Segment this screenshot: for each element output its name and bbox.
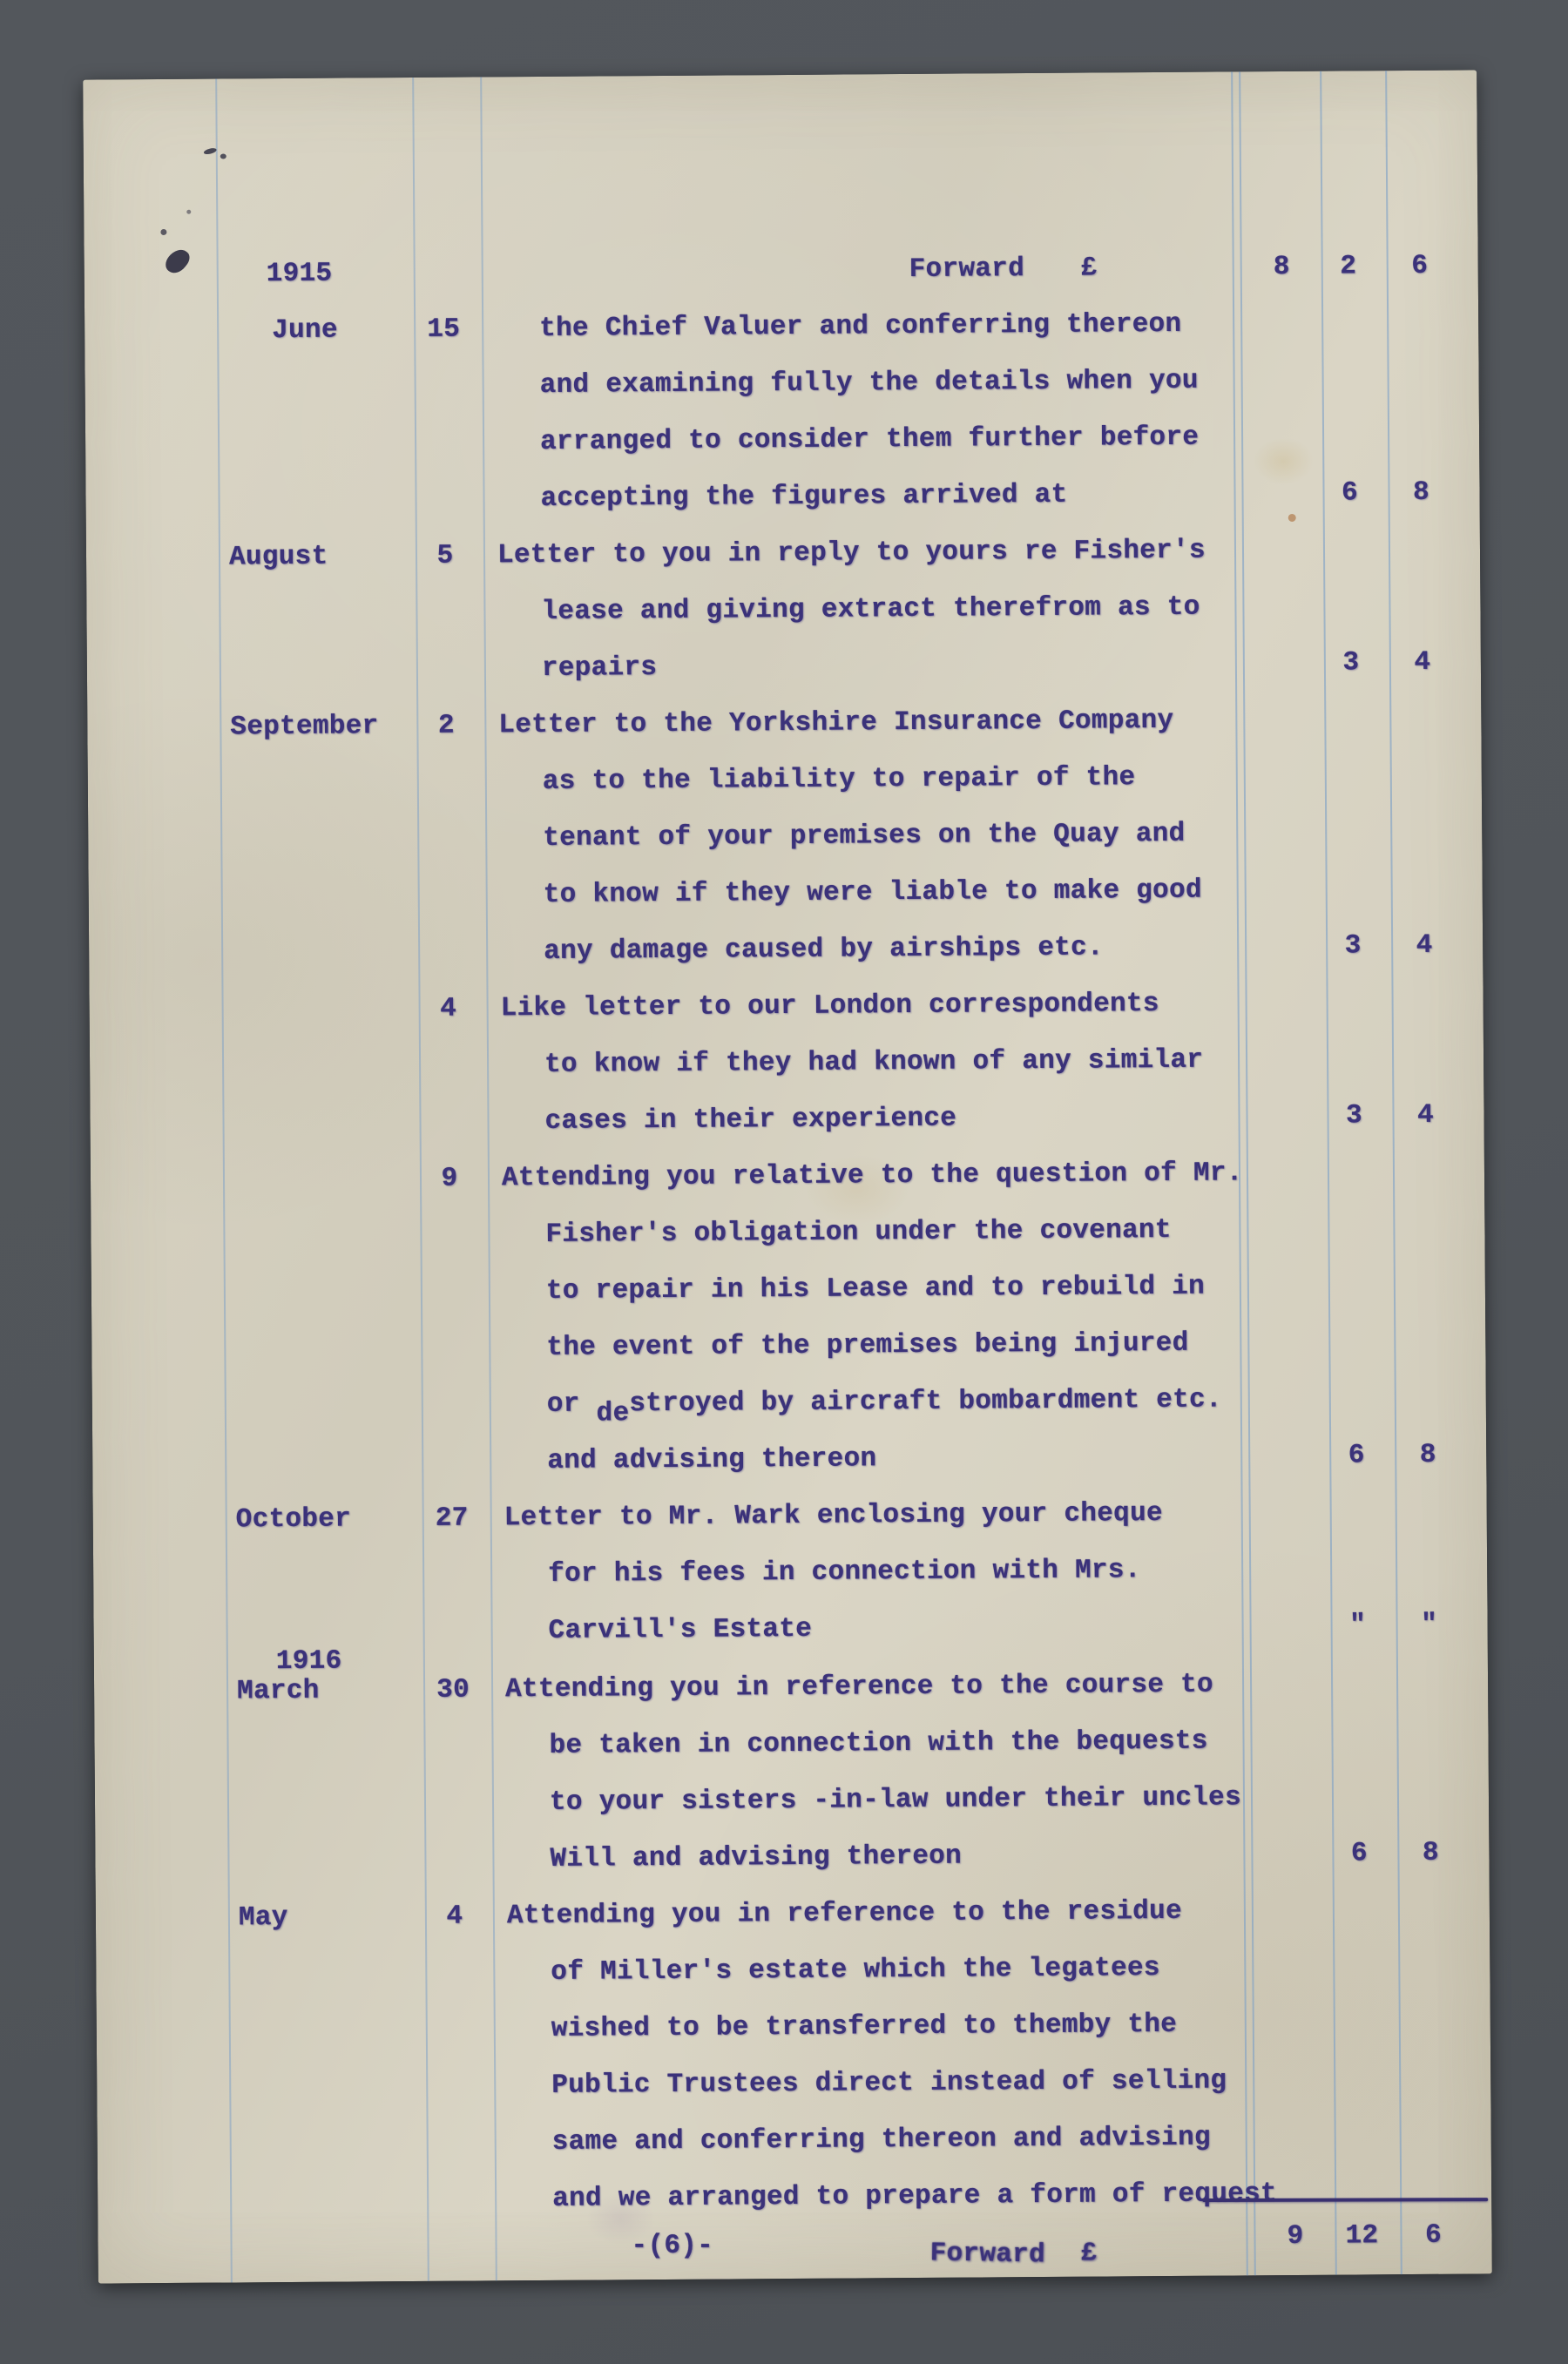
- entry-text: cases in their experience: [544, 1098, 956, 1143]
- amount-shillings: 3: [1328, 1095, 1379, 1137]
- day-label: 4: [415, 988, 481, 1030]
- entry-text: arranged to consider them further before: [540, 417, 1199, 463]
- entry-text: any damage caused by airships etc.: [544, 927, 1104, 972]
- entry-text: to know if they were liable to make good: [544, 870, 1202, 916]
- entry-text: Like letter to our London correspondents: [500, 983, 1159, 1030]
- entry-text: to know if they had known of any similar: [544, 1040, 1203, 1086]
- entry-text: Attending you relative to the question o…: [502, 1152, 1243, 1199]
- pound-sign: £: [1081, 247, 1098, 289]
- ledger-row: cases in their experience34: [90, 1094, 1484, 1145]
- entry-text: Attending you in reference to the residu…: [507, 1891, 1182, 1937]
- ledger-row: August5Letter to you in reply to yours r…: [86, 528, 1480, 579]
- ledger-row: repairs34: [87, 641, 1481, 692]
- entry-text: repairs: [542, 647, 658, 690]
- entry-text: to your sisters -in-law under their uncl…: [550, 1777, 1241, 1824]
- entry-text: Letter to Mr. Wark enclosing your cheque: [504, 1493, 1163, 1539]
- ledger-row: and examining fully the details when you: [84, 358, 1478, 409]
- ledger-row: any damage caused by airships etc.34: [89, 924, 1483, 976]
- forward-bottom-row: Forward £: [98, 2230, 1492, 2281]
- ledger-row: of Miller's estate which the legatees: [96, 1945, 1490, 1996]
- ink-speck: [186, 210, 191, 214]
- entry-text: lease and giving extract therefrom as to: [541, 587, 1200, 633]
- entry-text-segment: or: [547, 1389, 597, 1420]
- entry-text: or destroyed by aircraft bombardment etc…: [547, 1380, 1222, 1426]
- amount-pence: 6: [1389, 246, 1451, 288]
- ledger-row: to know if they were liable to make good: [89, 868, 1483, 919]
- ledger-row: and advising thereon68: [92, 1434, 1486, 1485]
- entry-text: same and conferring thereon and advising: [552, 2117, 1211, 2164]
- entry-text: Fisher's obligation under the covenant: [545, 1210, 1172, 1256]
- year-label: 1915: [267, 253, 333, 296]
- entry-text-dropped-letters: de: [596, 1398, 629, 1429]
- month-label: August: [229, 537, 328, 579]
- forward-top-row: 1915 Forward £ 8 2 6: [84, 245, 1478, 296]
- entry-text: the Chief Valuer and conferring thereon: [539, 304, 1182, 350]
- day-label: 27: [419, 1497, 485, 1540]
- entry-text: and we arranged to prepare a form of req…: [552, 2173, 1277, 2220]
- entry-text: and examining fully the details when you: [539, 361, 1198, 407]
- ink-rule-line: [1202, 2198, 1488, 2202]
- ledger-row: to know if they had known of any similar: [90, 1037, 1484, 1089]
- entry-text: Will and advising thereon: [550, 1836, 962, 1881]
- amount-pounds: 8: [1245, 247, 1319, 289]
- amount-pence: 8: [1396, 1435, 1459, 1477]
- day-label: 9: [416, 1158, 483, 1200]
- entry-text: be taken in connection with the bequests: [549, 1721, 1207, 1767]
- day-label: 5: [412, 535, 478, 577]
- rust-stain: [1288, 514, 1296, 522]
- amount-shillings: 2: [1323, 246, 1374, 287]
- entry-text: and advising thereon: [547, 1438, 876, 1483]
- amount-pence: 4: [1393, 925, 1456, 968]
- ledger-row: lease and giving extract therefrom as to: [86, 584, 1480, 636]
- ledger-row: June15the Chief Valuer and conferring th…: [84, 301, 1478, 353]
- amount-shillings: 3: [1326, 642, 1376, 684]
- entry-text: tenant of your premises on the Quay and: [543, 814, 1186, 860]
- ledger-row: Public Trustees direct instead of sellin…: [97, 2058, 1490, 2110]
- ledger-row: Fisher's obligation under the covenant: [91, 1207, 1484, 1259]
- amount-pence: 4: [1391, 642, 1454, 685]
- amount-shillings: 6: [1334, 1833, 1384, 1874]
- month-label: October: [236, 1499, 352, 1542]
- ledger-row: wished to be transferred to themby the: [97, 2002, 1490, 2053]
- entry-text: the event of the premises being injured: [546, 1323, 1189, 1369]
- ledger-row: October27Letter to Mr. Wark enclosing yo…: [93, 1490, 1487, 1542]
- entry-text: Letter to the Yorkshire Insurance Compan…: [498, 700, 1173, 746]
- entry-text: Letter to you in reply to yours re Fishe…: [497, 530, 1206, 577]
- month-label: March: [237, 1671, 320, 1713]
- entry-text: Attending you in reference to the course…: [505, 1665, 1213, 1712]
- amount-shillings: 6: [1331, 1435, 1382, 1476]
- forward-bottom-pound-sign: £: [1080, 2232, 1098, 2274]
- ledger-row: for his fees in connection with Mrs.: [93, 1547, 1487, 1598]
- ledger-row: arranged to consider them further before: [85, 415, 1479, 466]
- day-label: 4: [422, 1895, 488, 1938]
- amount-shillings: 6: [1324, 472, 1375, 514]
- entry-text: wished to be transferred to themby the: [551, 2004, 1178, 2050]
- scan-background: 1915 Forward £ 8 2 6 June15the Chief Val…: [0, 0, 1568, 2364]
- ledger-row: Will and advising thereon68: [95, 1832, 1489, 1883]
- forward-bottom-label: Forward: [929, 2232, 1045, 2276]
- amount-shillings: 3: [1328, 925, 1378, 967]
- forward-label: Forward: [909, 248, 1025, 291]
- ledger-row: to repair in his Lease and to rebuild in: [91, 1264, 1485, 1315]
- entry-text: accepting the figures arrived at: [540, 475, 1067, 520]
- ledger-row: 4Like letter to our London correspondent…: [89, 981, 1483, 1032]
- ledger-entries: June15the Chief Valuer and conferring th…: [83, 70, 1477, 79]
- ledger-row: accepting the figures arrived at68: [85, 471, 1479, 523]
- entry-text: to repair in his Lease and to rebuild in: [546, 1266, 1205, 1313]
- ledger-row: same and conferring thereon and advising: [98, 2115, 1491, 2166]
- amount-pence: 8: [1399, 1833, 1462, 1875]
- month-label: June: [272, 310, 338, 353]
- entry-text: as to the liability to repair of the: [543, 757, 1136, 803]
- ledger-page: 1915 Forward £ 8 2 6 June15the Chief Val…: [83, 70, 1492, 2283]
- ledger-row: to your sisters -in-law under their uncl…: [95, 1775, 1489, 1827]
- entry-text: for his fees in connection with Mrs.: [548, 1550, 1141, 1596]
- month-label: May: [239, 1897, 288, 1939]
- amount-pence: 8: [1389, 472, 1452, 515]
- month-label: September: [230, 706, 378, 748]
- ledger-row: as to the liability to repair of the: [88, 754, 1482, 806]
- amount-pence: 4: [1394, 1095, 1456, 1138]
- ledger-row: be taken in connection with the bequests: [94, 1719, 1488, 1770]
- ink-speck: [160, 229, 166, 235]
- entry-text: of Miller's estate which the legatees: [551, 1948, 1160, 1994]
- ledger-row: or destroyed by aircraft bombardment etc…: [92, 1377, 1486, 1429]
- ledger-row: March30Attending you in reference to the…: [94, 1662, 1488, 1713]
- day-label: 15: [410, 308, 476, 351]
- ledger-row: the event of the premises being injured: [91, 1320, 1485, 1372]
- ledger-row: tenant of your premises on the Quay and: [88, 811, 1482, 862]
- ledger-row: September2Letter to the Yorkshire Insura…: [87, 698, 1481, 749]
- day-label: 30: [420, 1669, 486, 1712]
- entry-text: Public Trustees direct instead of sellin…: [551, 2061, 1227, 2107]
- entry-text-segment: stroyed by aircraft bombardment etc.: [629, 1385, 1222, 1420]
- ledger-row: 9Attending you relative to the question …: [91, 1151, 1484, 1202]
- ink-speck: [220, 153, 226, 159]
- day-label: 2: [413, 705, 479, 747]
- ledger-row: May4Attending you in reference to the re…: [96, 1888, 1490, 1940]
